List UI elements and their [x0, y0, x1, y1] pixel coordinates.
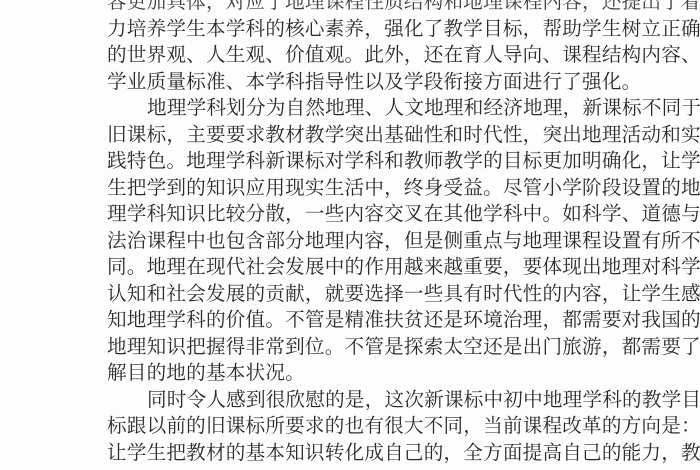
- text-line: 理学科知识比较分散，一些内容交叉在其他学科中。如科学、道德与: [107, 201, 597, 228]
- text-line: 标跟以前的旧课标所要求的也有很大不同，当前课程改革的方向是：: [107, 413, 597, 440]
- text-line: 旧课标，主要要求教材教学突出基础性和时代性，突出地理活动和实: [107, 122, 597, 149]
- text-line: 的世界观、人生观、价值观。此外，还在育人导向、课程结构内容、: [107, 42, 597, 69]
- paragraph-start-line: 地理学科划分为自然地理、人文地理和经济地理，新课标不同于: [107, 95, 597, 122]
- text-line: 认知和社会发展的贡献，就要选择一些具有时代性的内容，让学生感: [107, 281, 597, 308]
- text-line: 知地理学科的价值。不管是精准扶贫还是环境治理，都需要对我国的: [107, 307, 597, 334]
- text-line: 法治课程中也包含部分地理内容，但是侧重点与地理课程设置有所不: [107, 228, 597, 255]
- text-line: 容更加具体，对应了地理课程性质结构和地理课程内容，还提出了着: [107, 0, 597, 16]
- text-line: 让学生把教材的基本知识转化成自己的，全方面提高自己的能力，教: [107, 440, 597, 467]
- text-line: 生把学到的知识应用现实生活中，终身受益。尽管小学阶段设置的地: [107, 175, 597, 202]
- text-line: 践特色。地理学科新课标对学科和教师教学的目标更加明确化，让学: [107, 148, 597, 175]
- text-line: 同。地理在现代社会发展中的作用越来越重要，要体现出地理对科学: [107, 254, 597, 281]
- text-line: 地理知识把握得非常到位。不管是探索太空还是出门旅游，都需要了: [107, 334, 597, 361]
- text-line: 力培养学生本学科的核心素养，强化了教学目标，帮助学生树立正确: [107, 16, 597, 43]
- paragraph-start-line: 同时令人感到很欣慰的是，这次新课标中初中地理学科的教学目: [107, 387, 597, 414]
- text-line: 学业质量标准、本学科指导性以及学段衔接方面进行了强化。: [107, 69, 597, 96]
- article-body: 容更加具体，对应了地理课程性质结构和地理课程内容，还提出了着 力培养学生本学科的…: [107, 0, 597, 466]
- text-line: 解目的地的基本状况。: [107, 360, 597, 387]
- document-page: 容更加具体，对应了地理课程性质结构和地理课程内容，还提出了着 力培养学生本学科的…: [0, 0, 700, 470]
